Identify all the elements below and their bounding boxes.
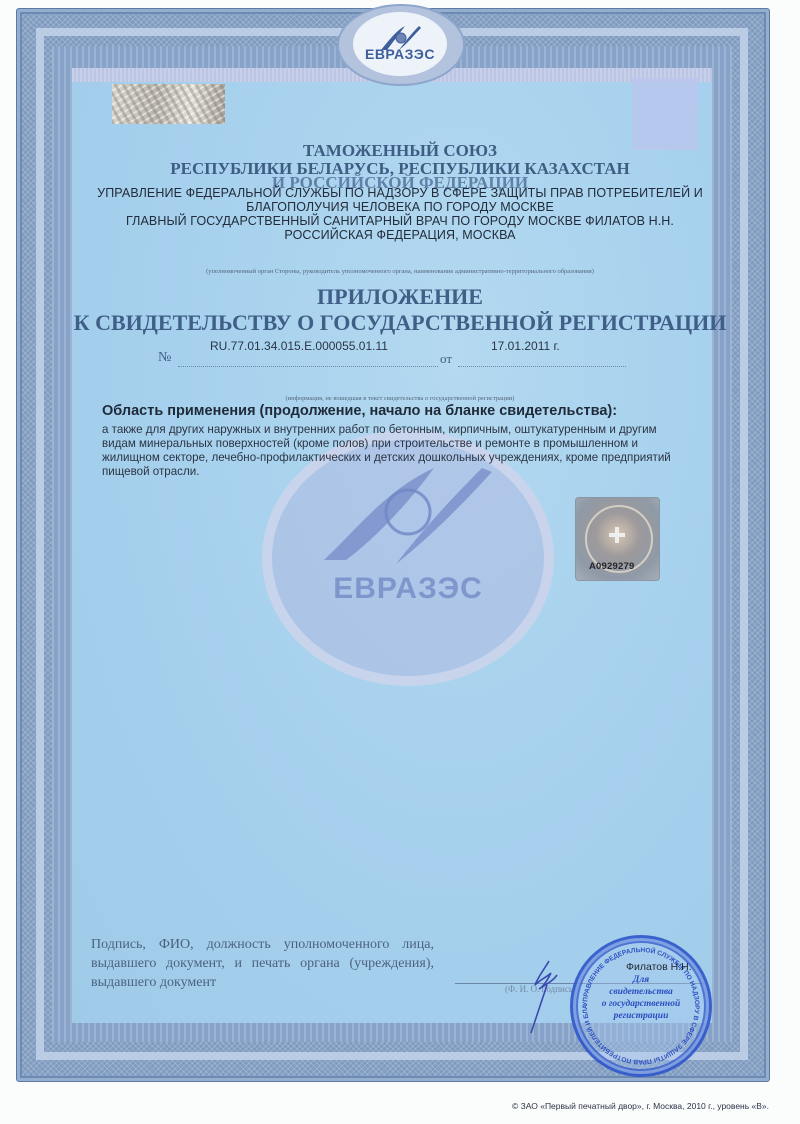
union-title-line-1: ТАМОЖЕННЫЙ СОЮЗ: [0, 141, 800, 161]
handwritten-signature: [525, 955, 565, 1035]
watermark-label: ЕВРАЗЭС: [272, 572, 544, 606]
document-subtitle: К СВИДЕТЕЛЬСТВУ О ГОСУДАРСТВЕННОЙ РЕГИСТ…: [0, 310, 800, 336]
security-tint-block: [632, 78, 698, 150]
hologram-serial: А0929279: [589, 561, 634, 572]
document-title: ПРИЛОЖЕНИЕ: [0, 284, 800, 310]
hologram-sticker: А0929279: [575, 497, 660, 581]
scope-body: а также для других наружных и внутренних…: [102, 423, 682, 479]
emblem-label: ЕВРАЗЭС: [353, 46, 447, 62]
authority-line-2: БЛАГОПОЛУЧИЯ ЧЕЛОВЕКА ПО ГОРОДУ МОСКВЕ: [0, 200, 800, 214]
scope-heading: Область применения (продолжение, начало …: [102, 403, 617, 419]
signature-caption: Подпись, ФИО, должность уполномоченного …: [91, 935, 434, 992]
holographic-strip: [112, 84, 225, 124]
registration-caption: (информация, не вошедшая в текст свидете…: [0, 395, 800, 402]
eurasec-emblem: ЕВРАЗЭС: [337, 4, 465, 86]
registration-date: 17.01.2011 г.: [491, 339, 560, 353]
date-label: от: [440, 351, 452, 367]
authority-line-1: УПРАВЛЕНИЕ ФЕДЕРАЛЬНОЙ СЛУЖБЫ ПО НАДЗОРУ…: [0, 186, 800, 200]
date-underline: [458, 366, 626, 367]
signer-name: Филатов Н.Н.: [626, 961, 692, 973]
number-label: №: [158, 350, 171, 366]
registration-number: RU.77.01.34.015.E.000055.01.11: [210, 339, 388, 353]
authority-caption: (уполномоченный орган Стороны, руководит…: [0, 268, 800, 275]
number-underline: [178, 366, 438, 367]
authority-line-4: РОССИЙСКАЯ ФЕДЕРАЦИЯ, МОСКВА: [0, 228, 800, 242]
authority-line-3: ГЛАВНЫЙ ГОСУДАРСТВЕННЫЙ САНИТАРНЫЙ ВРАЧ …: [0, 214, 800, 228]
stamp-center-text: Для свидетельства о государственной реги…: [595, 974, 687, 1022]
printer-copyright: © ЗАО «Первый печатный двор», г. Москва,…: [512, 1101, 769, 1111]
official-stamp: УПРАВЛЕНИЕ ФЕДЕРАЛЬНОЙ СЛУЖБЫ ПО НАДЗОРУ…: [570, 935, 712, 1077]
cross-icon: [609, 527, 625, 543]
